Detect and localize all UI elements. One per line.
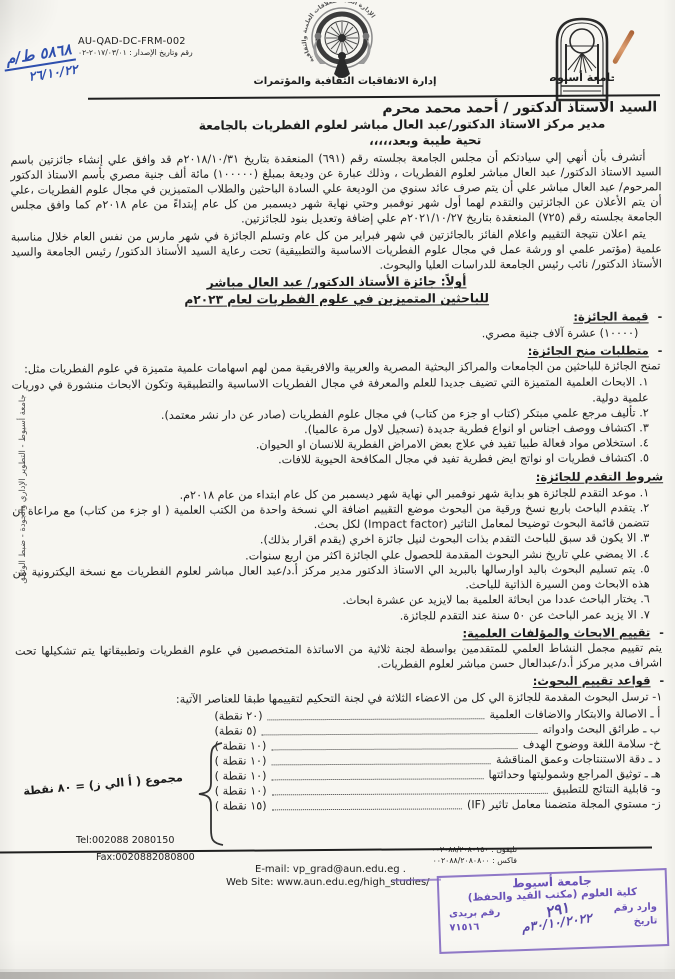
bullet-dash: - [659,625,664,640]
list-item: ٧. الا يزيد عمر الباحث عن ٥٠ سنة عند الت… [13,607,664,626]
list-item: ٥. اكتشاف فطريات او نواتج ايض فطرية تفيد… [12,451,663,470]
rules-intro: ١- ترسل البحوث المقدمة للجائزة الي كل من… [15,689,662,708]
orange-pen-mark [612,29,635,64]
criteria-list: أ ـ الاصالة والابتكار والاضافات العلمية … [214,706,661,813]
university-name-text: جامعة أسيوط [550,70,614,84]
fax-en: Fax:0020882080800 [96,852,195,863]
paragraph-announcement: يتم اعلان نتيجة التقييم واعلام الفائز با… [11,226,662,275]
received-stamp: جامعة أسيوط كلية العلوم (مكتب القيد والح… [437,868,670,954]
dotted-leader [272,778,484,780]
stamp-postal-label: رقم بريدى [449,906,501,919]
stamp-incoming-label: وارد رقم [613,901,657,914]
dotted-leader [271,763,491,765]
issue-number-line: رقم وتاريخ الإصدار : ٢٠١٧/٠٣/٠١-٠٢ [78,48,193,57]
list-item: ٥. يتم تسليم البحوث باليد اوارسالها بالب… [13,561,664,595]
dotted-leader [272,793,548,795]
paragraph-council-decision: أتشرف بأن أنهي إلي سيادتكم أن مجلس الجام… [10,149,661,228]
evaluation-text: يتم تقييم مجمل النشاط العلمي للمتقدمين ب… [15,640,662,674]
stamp-postal-code: ٧١٥١٦ [449,922,479,934]
value-text: (١٠٠٠٠) عشرة آلاف جنية مصري. [11,325,638,343]
conditions-list: ١. موعد التقدم للجائزة هو بداية شهر نوفم… [12,485,664,625]
criteria-row: ز- مستوي المجلة متضمنا معامل تاثير (IF) … [215,796,661,813]
bullet-dash: - [659,674,664,689]
requirements-list: ١. الابحاث العلمية المتميزة التي تضيف جد… [12,375,663,470]
scanned-letter-page: AU-QAD-DC-FRM-002 رقم وتاريخ الإصدار : ٢… [0,0,675,979]
email-line: E-mail: vp_grad@aun.edu.eg . [255,864,406,875]
department-caption: إدارة الاتفاقيات الثقافية والمؤتمرات [245,76,445,87]
form-code: AU-QAD-DC-FRM-002 [78,36,186,47]
letter-body: السيد الاستاذ الدكتور / أحمد محمد محرم م… [10,100,665,814]
dotted-leader [262,733,538,735]
stamp-date-label: تاريخ [633,915,657,927]
recipient-title: مدير مركز الاستاذ الدكتور/عبد العال مباش… [66,117,605,135]
telephone-ar: تليفون : ٠٠٢٠٨٨/٢٠٨٠١٥٠ [382,845,517,854]
side-document-control-note: جامعة أسيوط - التطوير الإداري والجودة - … [17,319,27,659]
dotted-leader [271,748,518,750]
handwritten-reference: ٥٨٦٨ ط/م ٢٦/١٠/٢٢ [1,39,78,88]
scan-edge-strip [0,972,675,979]
award-title-line2: للباحثين المتميزين في علوم الفطريات لعام… [11,291,662,310]
bullet-dash: - [658,343,663,358]
bullet-dash: - [658,309,663,324]
list-item: ١. الابحاث العلمية المتميزة التي تضيف جد… [12,375,663,409]
list-item: ٢. يتقدم الباحث باربع نسخ ورقية من البحو… [12,500,663,534]
dotted-leader [272,808,462,810]
telephone-en: Tel:002088 2080150 [76,835,174,846]
dotted-leader [268,718,485,720]
greeting: تحية طيبة وبعد،،،،، [10,134,481,152]
criteria-brace [194,741,224,851]
stamp-connector-line [393,879,441,882]
award-title-line1: أولاً: جائزة الأستاذ الدكتور/ عبد العال … [11,274,662,293]
